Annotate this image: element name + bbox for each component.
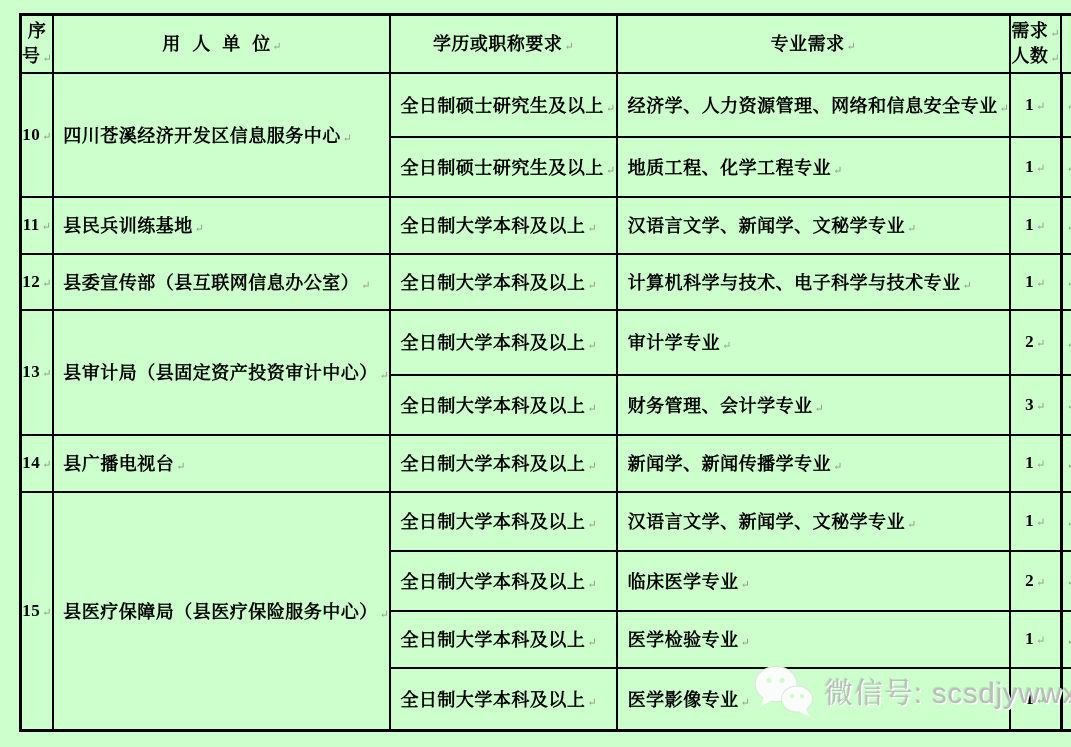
truncated-cell: ↵ [1061, 435, 1071, 492]
pilcrow-mark: ↵ [195, 223, 205, 235]
count-cell: 1↵ [1010, 137, 1061, 197]
truncated-cell: ↵ [1061, 668, 1071, 731]
pilcrow-mark: ↵ [343, 133, 353, 145]
pilcrow-mark: ↵ [587, 403, 597, 415]
unit-cell: 县委宣传部（县互联网信息办公室）↵ [53, 254, 390, 310]
header-major: 专业需求↵ [617, 15, 1011, 73]
count-cell: 1↵ [1010, 197, 1061, 254]
unit-cell: 县广播电视台↵ [53, 435, 390, 492]
truncated-cell: ↵ [1061, 310, 1071, 375]
degree-cell: 全日制硕士研究生及以上↵ [390, 137, 616, 197]
header-truncated [1061, 15, 1071, 73]
count-cell: 1↵ [1010, 611, 1061, 668]
table-row: 15↵ 县医疗保障局（县医疗保险服务中心）↵ 全日制大学本科及以上↵ 汉语言文学… [21, 492, 1071, 551]
degree-cell: 全日制大学本科及以上↵ [390, 551, 616, 611]
truncated-cell: ↵ [1061, 197, 1071, 254]
header-count: 需求↵人数↵ [1010, 15, 1061, 73]
pilcrow-mark: ↵ [907, 223, 917, 235]
pilcrow-mark: ↵ [564, 41, 574, 53]
serial-cell: 14↵ [21, 435, 54, 492]
pilcrow-mark: ↵ [1036, 338, 1046, 350]
pilcrow-mark: ↵ [1067, 222, 1071, 234]
pilcrow-mark: ↵ [741, 579, 751, 591]
pilcrow-mark: ↵ [1036, 695, 1046, 707]
pilcrow-mark: ↵ [1050, 53, 1060, 65]
document-page: 序号↵ 用人单位↵ 学历或职称要求↵ 专业需求↵ 需求↵人数↵ 10↵ 四川苍溪… [0, 0, 1071, 747]
pilcrow-mark: ↵ [176, 461, 186, 473]
pilcrow-mark: ↵ [380, 609, 390, 621]
pilcrow-mark: ↵ [587, 697, 597, 709]
major-cell: 经济学、人力资源管理、网络和信息安全专业↵ [617, 73, 1011, 137]
pilcrow-mark: ↵ [587, 223, 597, 235]
pilcrow-mark: ↵ [1067, 577, 1071, 589]
truncated-cell: ↵ [1061, 137, 1071, 197]
pilcrow-mark: ↵ [587, 519, 597, 531]
unit-cell: 县民兵训练基地↵ [53, 197, 390, 254]
pilcrow-mark: ↵ [587, 280, 597, 292]
pilcrow-mark: ↵ [833, 461, 843, 473]
table-row: 13↵ 县审计局（县固定资产投资审计中心）↵ 全日制大学本科及以上↵ 审计学专业… [21, 310, 1071, 375]
pilcrow-mark: ↵ [1036, 101, 1046, 113]
pilcrow-mark: ↵ [587, 579, 597, 591]
major-cell: 汉语言文学、新闻学、文秘学专业↵ [617, 492, 1011, 551]
pilcrow-mark: ↵ [1000, 103, 1010, 115]
degree-cell: 全日制大学本科及以上↵ [390, 310, 616, 375]
pilcrow-mark: ↵ [380, 370, 390, 382]
pilcrow-mark: ↵ [42, 278, 52, 290]
pilcrow-mark: ↵ [587, 461, 597, 473]
pilcrow-mark: ↵ [42, 368, 52, 380]
unit-cell: 四川苍溪经济开发区信息服务中心↵ [53, 73, 390, 197]
degree-cell: 全日制硕士研究生及以上↵ [390, 73, 616, 137]
pilcrow-mark: ↵ [907, 519, 917, 531]
count-cell: 1↵ [1010, 668, 1061, 731]
degree-cell: 全日制大学本科及以上↵ [390, 254, 616, 310]
pilcrow-mark: ↵ [1067, 636, 1071, 648]
major-cell: 财务管理、会计学专业↵ [617, 375, 1011, 435]
count-cell: 1↵ [1010, 435, 1061, 492]
degree-cell: 全日制大学本科及以上↵ [390, 435, 616, 492]
count-cell: 1↵ [1010, 73, 1061, 137]
pilcrow-mark: ↵ [1050, 28, 1060, 40]
major-cell: 临床医学专业↵ [617, 551, 1011, 611]
count-cell: 3↵ [1010, 375, 1061, 435]
truncated-cell: ↵ [1061, 73, 1071, 137]
truncated-cell: ↵ [1061, 254, 1071, 310]
pilcrow-mark: ↵ [833, 165, 843, 177]
pilcrow-mark: ↵ [741, 637, 751, 649]
pilcrow-mark: ↵ [1067, 518, 1071, 530]
major-cell: 汉语言文学、新闻学、文秘学专业↵ [617, 197, 1011, 254]
major-cell: 新闻学、新闻传播学专业↵ [617, 435, 1011, 492]
pilcrow-mark: ↵ [1067, 101, 1071, 113]
pilcrow-mark: ↵ [42, 607, 52, 619]
pilcrow-mark: ↵ [42, 221, 52, 233]
count-cell: 2↵ [1010, 310, 1061, 375]
truncated-cell: ↵ [1061, 492, 1071, 551]
serial-cell: 11↵ [21, 197, 54, 254]
pilcrow-mark: ↵ [606, 103, 616, 115]
serial-cell: 10↵ [21, 73, 54, 197]
pilcrow-mark: ↵ [272, 41, 281, 53]
pilcrow-mark: ↵ [1036, 459, 1046, 471]
major-cell: 审计学专业↵ [617, 310, 1011, 375]
pilcrow-mark: ↵ [847, 41, 857, 53]
pilcrow-mark: ↵ [1036, 221, 1046, 233]
major-cell: 医学影像专业↵ [617, 668, 1011, 731]
major-cell: 地质工程、化学工程专业↵ [617, 137, 1011, 197]
pilcrow-mark: ↵ [1067, 163, 1071, 175]
degree-cell: 全日制大学本科及以上↵ [390, 611, 616, 668]
recruitment-table: 序号↵ 用人单位↵ 学历或职称要求↵ 专业需求↵ 需求↵人数↵ 10↵ 四川苍溪… [19, 13, 1071, 732]
pilcrow-mark: ↵ [815, 403, 825, 415]
pilcrow-mark: ↵ [587, 637, 597, 649]
pilcrow-mark: ↵ [1067, 339, 1071, 351]
pilcrow-mark: ↵ [1036, 577, 1046, 589]
degree-cell: 全日制大学本科及以上↵ [390, 197, 616, 254]
pilcrow-mark: ↵ [42, 131, 52, 143]
unit-cell: 县审计局（县固定资产投资审计中心）↵ [53, 310, 390, 435]
header-degree: 学历或职称要求↵ [390, 15, 616, 73]
count-cell: 1↵ [1010, 254, 1061, 310]
pilcrow-mark: ↵ [42, 459, 52, 471]
pilcrow-mark: ↵ [1036, 278, 1046, 290]
pilcrow-mark: ↵ [1036, 517, 1046, 529]
header-serial: 序号↵ [21, 15, 54, 73]
pilcrow-mark: ↵ [1067, 401, 1071, 413]
pilcrow-mark: ↵ [43, 53, 53, 65]
pilcrow-mark: ↵ [1067, 460, 1071, 472]
truncated-cell: ↵ [1061, 611, 1071, 668]
table-row: 10↵ 四川苍溪经济开发区信息服务中心↵ 全日制硕士研究生及以上↵ 经济学、人力… [21, 73, 1071, 137]
count-cell: 2↵ [1010, 551, 1061, 611]
serial-cell: 12↵ [21, 254, 54, 310]
header-unit: 用人单位↵ [53, 15, 390, 73]
pilcrow-mark: ↵ [722, 340, 732, 352]
header-row: 序号↵ 用人单位↵ 学历或职称要求↵ 专业需求↵ 需求↵人数↵ [21, 15, 1071, 73]
pilcrow-mark: ↵ [1067, 695, 1071, 707]
major-cell: 计算机科学与技术、电子科学与技术专业↵ [617, 254, 1011, 310]
truncated-cell: ↵ [1061, 375, 1071, 435]
pilcrow-mark: ↵ [361, 280, 371, 292]
serial-cell: 15↵ [21, 492, 54, 731]
pilcrow-mark: ↵ [963, 280, 973, 292]
serial-cell: 13↵ [21, 310, 54, 435]
pilcrow-mark: ↵ [1067, 278, 1071, 290]
pilcrow-mark: ↵ [1036, 401, 1046, 413]
truncated-cell: ↵ [1061, 551, 1071, 611]
pilcrow-mark: ↵ [587, 340, 597, 352]
count-cell: 1↵ [1010, 492, 1061, 551]
table-row: 14↵ 县广播电视台↵ 全日制大学本科及以上↵ 新闻学、新闻传播学专业↵ 1↵ … [21, 435, 1071, 492]
table-row: 11↵ 县民兵训练基地↵ 全日制大学本科及以上↵ 汉语言文学、新闻学、文秘学专业… [21, 197, 1071, 254]
pilcrow-mark: ↵ [741, 697, 751, 709]
degree-cell: 全日制大学本科及以上↵ [390, 492, 616, 551]
degree-cell: 全日制大学本科及以上↵ [390, 668, 616, 731]
major-cell: 医学检验专业↵ [617, 611, 1011, 668]
pilcrow-mark: ↵ [606, 165, 616, 177]
degree-cell: 全日制大学本科及以上↵ [390, 375, 616, 435]
pilcrow-mark: ↵ [1036, 163, 1046, 175]
pilcrow-mark: ↵ [1036, 635, 1046, 647]
table-row: 12↵ 县委宣传部（县互联网信息办公室）↵ 全日制大学本科及以上↵ 计算机科学与… [21, 254, 1071, 310]
unit-cell: 县医疗保障局（县医疗保险服务中心）↵ [53, 492, 390, 731]
